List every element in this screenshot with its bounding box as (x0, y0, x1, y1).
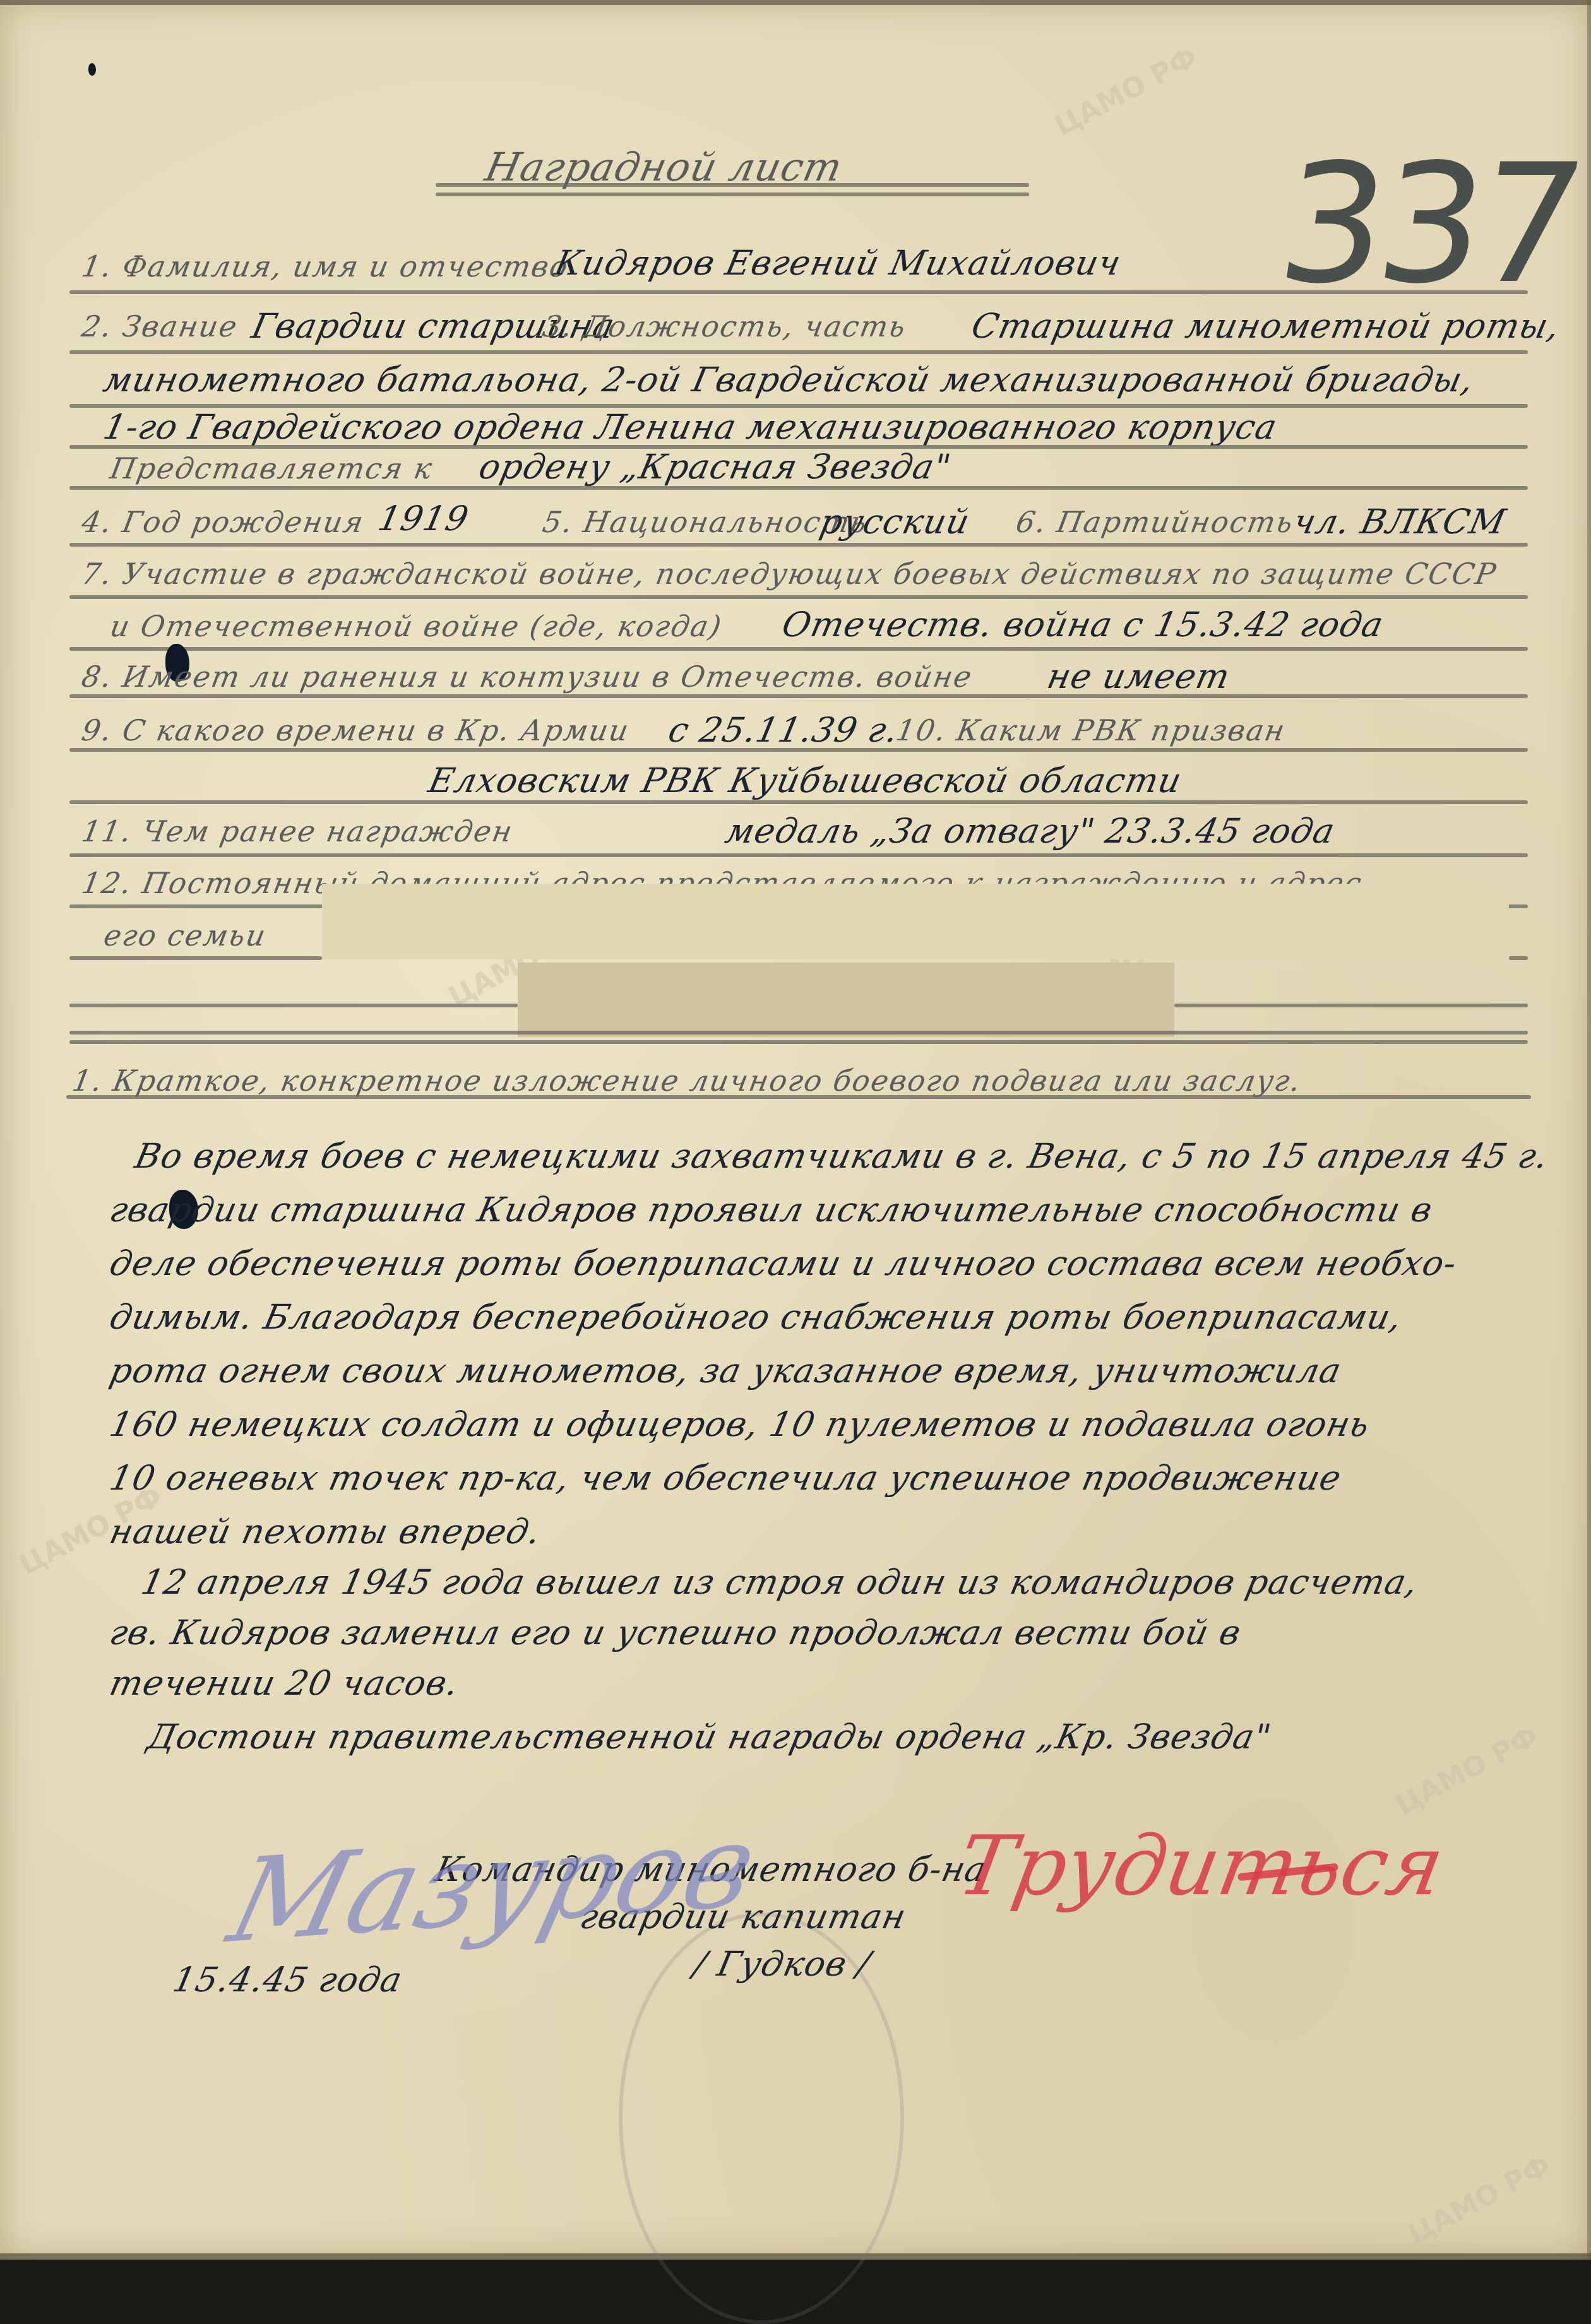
paper-top-edge (0, 0, 1591, 5)
paper-right-edge (1587, 0, 1591, 2260)
narrative-line: гв. Кидяров заменил его и успешно продол… (106, 1613, 1244, 1652)
section-divider (69, 1040, 1528, 1044)
field-value-name: Кидяров Евгений Михайлович (551, 243, 1124, 283)
field-value-position-cont: 1-го Гвардейского ордена Ленина механизи… (100, 407, 1280, 447)
narrative-line: нашей пехоты вперед. (106, 1512, 544, 1551)
field-value-wounds: не имеет (1044, 656, 1234, 696)
form-line (69, 748, 1528, 752)
narrative-line: 160 немецких солдат и офицеров, 10 пулем… (106, 1404, 1373, 1444)
field-label-army-since: 9. С какого времени в Кр. Армии (79, 713, 632, 747)
field-value-draft-office: Елховским РВК Куйбышевской области (425, 761, 1185, 800)
field-value-army-since: с 25.11.39 г. (665, 710, 902, 750)
narrative-line: гвардии старшина Кидяров проявил исключи… (106, 1190, 1436, 1230)
signature-date: 15.4.45 года (169, 1960, 406, 2000)
watermark: ЦАМО РФ (1050, 41, 1203, 143)
narrative-heading: 1. Краткое, конкретное изложение личного… (69, 1064, 1304, 1098)
form-line (69, 486, 1528, 490)
form-line (69, 350, 1528, 354)
field-label-war-participation: 7. Участие в гражданской войне, последую… (79, 557, 1499, 591)
field-label-birth-year: 4. Год рождения (79, 505, 367, 539)
form-line (69, 543, 1528, 547)
field-label-position: 3. Должность, часть (540, 309, 909, 343)
punch-hole-small (88, 63, 96, 76)
form-line (69, 290, 1528, 294)
signer-name: / Гудков / (690, 1944, 874, 1984)
field-label-name: 1. Фамилия, имя и отчество (79, 249, 571, 283)
award-sheet: ЦАМО РФ ЦАМО РФ ЦАМО РФ ЦАМО РФ ЦАМО РФ … (0, 0, 1591, 2260)
form-line (69, 595, 1528, 599)
narrative-line: 12 апреля 1945 года вышел из строя один … (138, 1562, 1422, 1602)
field-label-rank: 2. Звание (79, 309, 241, 343)
red-pencil-resolution: Трудиться (951, 1818, 1451, 1914)
form-line (69, 956, 322, 960)
field-value-birth-year: 1919 (374, 499, 472, 538)
narrative-line: Во время боев с немецкими захватчиками в… (131, 1136, 1552, 1176)
watermark: ЦАМО РФ (1391, 1720, 1544, 1822)
form-line (69, 853, 1528, 857)
field-value-war-participation: Отечеств. война с 15.3.42 года (778, 605, 1387, 644)
field-value-nominated: ордену „Красная Звезда" (475, 447, 955, 487)
form-line (69, 694, 1528, 698)
form-line (69, 1004, 518, 1007)
field-value-position-cont: минометного батальона, 2-ой Гвардейской … (100, 360, 1477, 400)
form-line (1509, 956, 1528, 960)
field-value-previous-awards: медаль „За отвагу" 23.3.45 года (722, 811, 1338, 851)
redacted-address (518, 963, 1174, 1037)
section-divider (69, 1031, 1528, 1035)
field-label-party: 6. Партийность (1013, 505, 1296, 539)
narrative-line: рота огнем своих минометов, за указанное… (106, 1351, 1345, 1390)
field-label-nominated: Представляется к (107, 451, 436, 485)
field-label-war-where-when: и Отечественной войне (где, когда) (107, 609, 725, 643)
form-line (1174, 1004, 1528, 1007)
narrative-line: течении 20 часов. (106, 1663, 462, 1703)
field-value-position: Старшина минометной роты, (968, 306, 1564, 346)
narrative-line: деле обеспечения роты боеприпасами и лич… (106, 1243, 1460, 1283)
narrative-line: 10 огневых точек пр-ка, чем обеспечила у… (106, 1458, 1345, 1498)
field-label-wounds: 8. Имеет ли ранения и контузии в Отечест… (79, 660, 975, 694)
redacted-address (322, 884, 1509, 959)
form-line (69, 800, 1528, 804)
field-value-party: чл. ВЛКСМ (1290, 502, 1510, 542)
narrative-conclusion: Достоин правительственной награды ордена… (144, 1717, 1275, 1757)
form-line (66, 1095, 1531, 1099)
field-value-nationality: русский (816, 502, 974, 542)
field-label-previous-awards: 11. Чем ранее награжден (79, 814, 516, 848)
field-label-family: его семьи (101, 918, 269, 952)
watermark: ЦАМО РФ (1403, 2149, 1556, 2251)
title-underline (436, 183, 1029, 187)
title-underline (436, 193, 1029, 196)
narrative-line: димым. Благодаря бесперебойного снабжени… (106, 1297, 1406, 1337)
field-label-draft-office: 10. Каким РВК призван (893, 713, 1288, 747)
form-line (69, 647, 1528, 651)
